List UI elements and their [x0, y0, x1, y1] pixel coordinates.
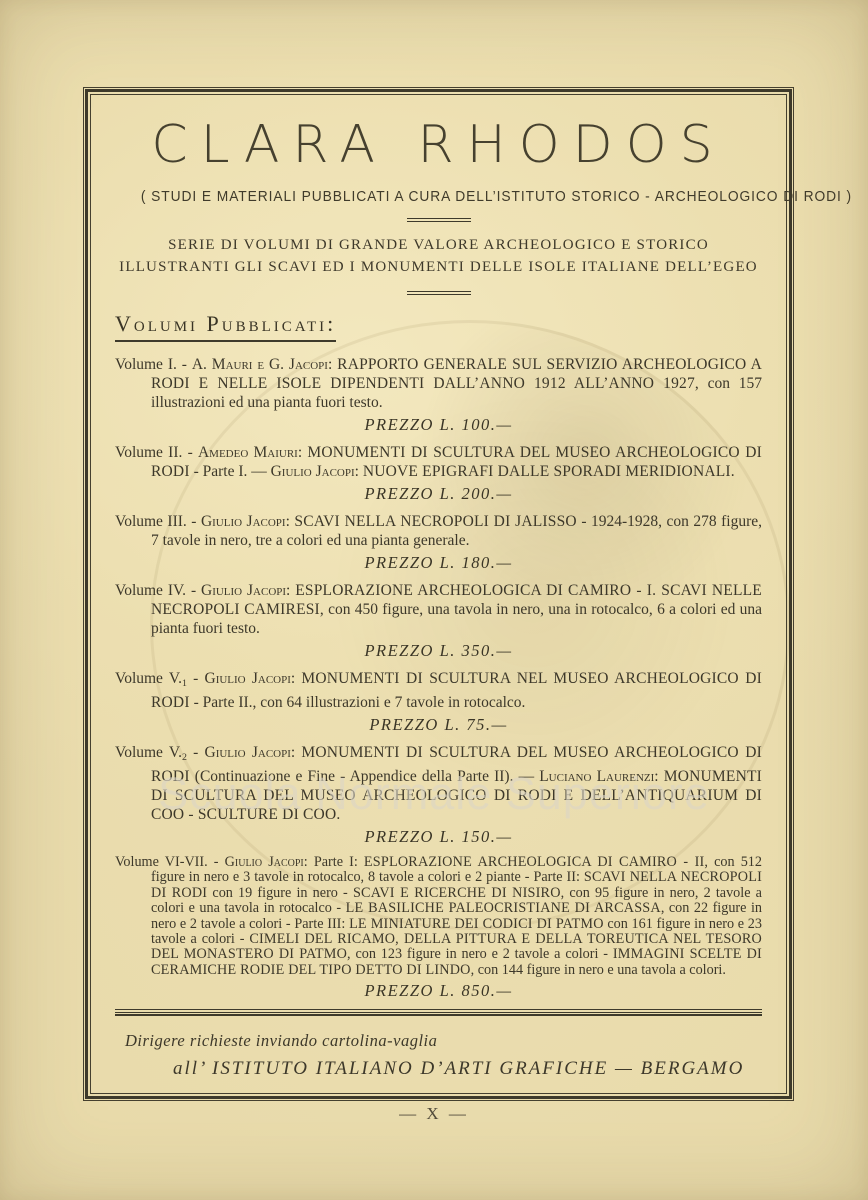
volume-text: Volume III. - Giulio Jacopi: SCAVI NELLA… — [151, 512, 762, 550]
volume-text: Volume V.2 - Giulio Jacopi: MONUMENTI DI… — [151, 743, 762, 824]
volume-entry-1: Volume I. - A. Mauri e G. Jacopi: RAPPOR… — [115, 355, 762, 435]
order-note: Dirigere richieste inviando cartolina-va… — [125, 1031, 762, 1051]
volume-price: PREZZO L. 200.— — [115, 484, 762, 504]
section-heading-wrap: Volumi Pubblicati: — [115, 311, 762, 342]
volume-text: Volume I. - A. Mauri e G. Jacopi: RAPPOR… — [151, 355, 762, 412]
section-heading: Volumi Pubblicati: — [115, 311, 336, 342]
footer-separator-rule — [115, 1009, 762, 1016]
page-number: — X — — [0, 1104, 868, 1124]
page-border-frame: CLARA RHODOS ( STUDI E MATERIALI PUBBLIC… — [83, 87, 794, 1101]
volume-entry-3: Volume III. - Giulio Jacopi: SCAVI NELLA… — [115, 512, 762, 573]
volume-price: PREZZO L. 350.— — [115, 641, 762, 661]
volume-entry-4: Volume IV. - Giulio Jacopi: ESPLORAZIONE… — [115, 581, 762, 661]
volume-text: Volume IV. - Giulio Jacopi: ESPLORAZIONE… — [151, 581, 762, 638]
volume-price: PREZZO L. 100.— — [115, 415, 762, 435]
volume-text: Volume II. - Amedeo Maiuri: MONUMENTI DI… — [151, 443, 762, 481]
series-line-2: ILLUSTRANTI GLI SCAVI ED I MONUMENTI DEL… — [115, 256, 762, 278]
volume-price: PREZZO L. 180.— — [115, 553, 762, 573]
volume-entry-7: Volume VI-VII. - Giulio Jacopi: Parte I:… — [115, 855, 762, 1001]
ornament-rule-bottom — [407, 291, 471, 295]
volume-entry-6: Volume V.2 - Giulio Jacopi: MONUMENTI DI… — [115, 743, 762, 847]
volume-price: PREZZO L. 150.— — [115, 827, 762, 847]
page-content-area: CLARA RHODOS ( STUDI E MATERIALI PUBBLIC… — [90, 94, 787, 1094]
ornament-rule-top — [407, 218, 471, 222]
series-description: SERIE DI VOLUMI DI GRANDE VALORE ARCHEOL… — [115, 234, 762, 278]
volumes-list: Volume I. - A. Mauri e G. Jacopi: RAPPOR… — [115, 355, 762, 1001]
series-line-1: SERIE DI VOLUMI DI GRANDE VALORE ARCHEOL… — [115, 234, 762, 256]
page-border-frame-middle: CLARA RHODOS ( STUDI E MATERIALI PUBBLIC… — [85, 89, 792, 1099]
volume-entry-5: Volume V.1 - Giulio Jacopi: MONUMENTI DI… — [115, 669, 762, 735]
volume-price: PREZZO L. 75.— — [115, 715, 762, 735]
volume-text: Volume VI-VII. - Giulio Jacopi: Parte I:… — [151, 855, 762, 978]
publisher-address: all’ ISTITUTO ITALIANO D’ARTI GRAFICHE —… — [173, 1058, 762, 1080]
page-title: CLARA RHODOS — [115, 115, 762, 175]
volume-text: Volume V.1 - Giulio Jacopi: MONUMENTI DI… — [151, 669, 762, 712]
page-subtitle: ( STUDI E MATERIALI PUBBLICATI A CURA DE… — [141, 188, 736, 205]
volume-price: PREZZO L. 850.— — [115, 981, 762, 1001]
volume-entry-2: Volume II. - Amedeo Maiuri: MONUMENTI DI… — [115, 443, 762, 504]
